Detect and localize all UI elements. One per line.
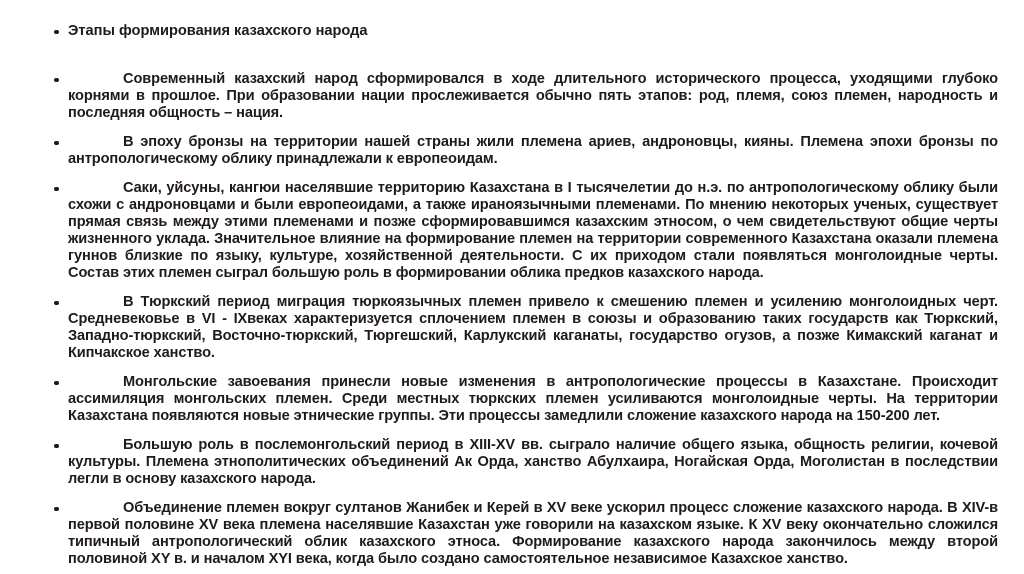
list-item: Большую роль в послемонгольский период в…: [68, 437, 998, 488]
paragraph-text: Современный казахский народ сформировалс…: [68, 71, 998, 121]
list-item: Монгольские завоевания принесли новые из…: [68, 374, 998, 425]
paragraph-text: Большую роль в послемонгольский период в…: [68, 437, 998, 487]
paragraph-text: Монгольские завоевания принесли новые из…: [68, 374, 998, 424]
list-item: В Тюркский период миграция тюркоязычных …: [68, 294, 998, 362]
paragraph-text: Саки, уйсуны, кангюи населявшие территор…: [68, 180, 998, 281]
bullet-icon: [54, 30, 59, 35]
slide-title: Этапы формирования казахского народа: [68, 23, 998, 40]
list-item: Объединение племен вокруг султанов Жаниб…: [68, 500, 998, 568]
bullet-icon: [54, 141, 59, 146]
list-item: В эпоху бронзы на территории нашей стран…: [68, 134, 998, 168]
list-item: Саки, уйсуны, кангюи населявшие территор…: [68, 180, 998, 282]
paragraph-text: Объединение племен вокруг султанов Жаниб…: [68, 500, 998, 567]
paragraph-text: В Тюркский период миграция тюркоязычных …: [68, 294, 998, 361]
paragraph-text: В эпоху бронзы на территории нашей стран…: [68, 134, 998, 167]
bullet-icon: [54, 78, 59, 83]
bullet-icon: [54, 187, 59, 192]
slide: Этапы формирования казахского народа Сов…: [0, 0, 1024, 574]
bullet-list: Этапы формирования казахского народа Сов…: [68, 23, 998, 568]
bullet-icon: [54, 301, 59, 306]
bullet-icon: [54, 381, 59, 386]
bullet-icon: [54, 507, 59, 512]
slide-title-text: Этапы формирования казахского народа: [68, 23, 368, 39]
bullet-icon: [54, 444, 59, 449]
list-item: Современный казахский народ сформировалс…: [68, 71, 998, 122]
